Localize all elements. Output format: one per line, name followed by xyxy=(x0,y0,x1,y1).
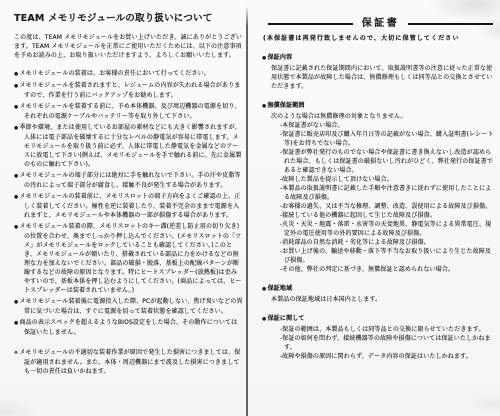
liability-note: ※メモリモジュールの不適切な装着作業が原因で発生した損害につきましては、保証が適… xyxy=(14,348,243,376)
list-item-text: 接続している他の機器に起因して生じた故障及び損傷。 xyxy=(282,212,436,219)
list-item: ●メモリモジュールの端子部分には絶対に手を触れないで下さい。手の汗や皮脂等の汚れ… xyxy=(14,171,243,190)
list-item-text: メモリモジュール装着後に電源投入した際、PCが起動しない、焦げ臭いなどの異常に気… xyxy=(19,298,242,315)
list-item: -火災・天災・地震・落雷・水害等の天変地異、静電気等による異常電圧、規定外の電圧… xyxy=(271,220,497,238)
list-item-text: 保証の範囲は、本製品もしくは同等品との交換に限らせていただきます。 xyxy=(282,326,484,333)
list-item: -本製品の取扱説明書に記載した手順や注意書きに従わずに使用したことによる故障及び… xyxy=(271,184,497,202)
warranty-section: ●保証に関して -保証の範囲は、本製品もしくは同等品との交換に限らせていただきま… xyxy=(262,314,497,361)
list-item: -本保証書がない場合。 xyxy=(271,121,497,130)
warranty-section: ●無償保証範囲 次のような場合は無償修理の対象となりません。 -本保証書がない場… xyxy=(262,101,497,274)
list-item: -保証の如何を問わず、接続機器等の故障や損傷については保証いたしかねます。 xyxy=(271,334,497,352)
list-item: -故障や損傷の原因に関わらず、データ内容の保証はいたしかねます。 xyxy=(271,352,497,361)
instruction-list: ●メモリモジュールの装着は、お客様の責任において行ってください。 ●メモリモジュ… xyxy=(14,69,243,337)
warranty-title: 保証書 xyxy=(362,18,400,29)
section-heading-text: 保証内容 xyxy=(268,54,293,61)
title-rule-left xyxy=(268,23,353,25)
warranty-terms-list: -保証の範囲は、本製品もしくは同等品との交換に限らせていただきます。 -保証の如… xyxy=(262,325,497,361)
list-item: ●メモリモジュールを装着されますと、レジュームの内容が失われる場合がありますので… xyxy=(14,81,243,100)
title-rule-right xyxy=(408,23,493,25)
left-page-title: TEAM メモリモジュールの取り扱いについて xyxy=(14,13,243,25)
list-item-text: その他、弊社の判定に基づき、無償保証と認められない場合。 xyxy=(282,266,454,273)
page-fold-line xyxy=(246,6,248,416)
list-item-text: 季節や環境、または使用しているお部屋の素材などにも大きく影響されますが、人体には… xyxy=(19,124,241,168)
warranty-title-row: 保証書 xyxy=(268,18,493,29)
list-item-text: 火災・天災・地震・落雷・水害等の天変地異、静電気等による異常電圧、規定外の電圧使… xyxy=(282,221,491,237)
list-item-text: 本保証書がない場合。 xyxy=(282,122,344,129)
list-item-text: 故障した製品を提示して頂けない場合。 xyxy=(282,176,393,183)
list-item-text: 本製品の取扱説明書に記載した手順や注意書きに従わずに使用したことによる故障及び損… xyxy=(282,185,491,201)
list-item: -保証書が弊社発行のものでない場合や保証書に書き換えないし改造が認められた場合、… xyxy=(271,148,497,175)
section-heading: ●無償保証範囲 xyxy=(262,101,497,111)
list-item: -消耗部品の自然な消耗・劣化等による故障及び損傷。 xyxy=(271,238,497,247)
list-item-text: 保証書が弊社発行のものでない場合や保証書に書き換えないし改造が認められた場合、も… xyxy=(282,149,493,174)
list-item: ●メモリモジュール装着の際、メモリスロットのキー溝(逆差し防止用の切り欠き)の位… xyxy=(14,222,243,295)
section-heading-text: 保証に関して xyxy=(268,315,305,322)
section-heading-text: 無償保証範囲 xyxy=(268,102,305,109)
list-item-text: 保証書に販売店印及び購入年月日等の記載がない場合、購入証明書(レシート等)をお持… xyxy=(282,131,493,147)
list-item: ●メモリモジュールの装着前に、メモリスロットの端子方向をよくご確認の上、正しく装… xyxy=(14,192,243,220)
list-item-text: 故障や損傷の原因に関わらず、データ内容の保証はいたしかねます。 xyxy=(282,353,472,360)
list-item-text: メモリモジュールを装着されますと、レジュームの内容が失われる場合がありますので、… xyxy=(19,82,240,99)
list-item: -お客様の過失、又は不当な修理、調整、改造、誤使用による故障及び損傷。 xyxy=(271,202,497,211)
intro-paragraph: この度は、TEAM メモリモジュールをお買い上げいただき、誠にありがとうございま… xyxy=(14,33,243,60)
list-item-text: メモリモジュールの装着前に、メモリスロットの端子方向をよくご確認の上、正しく装着… xyxy=(19,193,240,219)
list-item: ●メモリモジュールを装着する前に、予め本体機器、及び周辺機器の電源を切り、それぞ… xyxy=(14,102,243,121)
section-body: 次のような場合は無償修理の対象となりません。 xyxy=(262,112,497,121)
left-page: TEAM メモリモジュールの取り扱いについて この度は、TEAM メモリモジュー… xyxy=(0,0,247,416)
list-item-text: 商品の表示スペックを超えるようなBIOS設定をした場合、その動作については保証い… xyxy=(19,319,237,336)
section-heading-text: 保証地域 xyxy=(268,285,293,292)
section-heading: ●保証内容 xyxy=(262,53,497,63)
warranty-section: ●保証内容 保証書に記載された保証期間内において、取扱説明書等の注意に従った正常… xyxy=(262,53,497,91)
note-text: メモリモジュールの不適切な装着作業が原因で発生した損害につきましては、保証が適用… xyxy=(19,349,240,375)
list-item-text: メモリモジュール装着の際、メモリスロットのキー溝(逆差し防止用の切り欠き)の位置… xyxy=(19,223,241,294)
section-heading: ●保証地域 xyxy=(262,284,497,294)
list-item: -その他、弊社の判定に基づき、無償保証と認められない場合。 xyxy=(271,265,497,274)
list-item: ●商品の表示スペックを超えるようなBIOS設定をした場合、その動作については保証… xyxy=(14,318,243,337)
list-item-text: お買い上げ後の、輸送や移動・落下等不当なお取り扱いにより生じた故障及び損傷。 xyxy=(282,248,491,264)
scanned-leaflet: TEAM メモリモジュールの取り扱いについて この度は、TEAM メモリモジュー… xyxy=(0,0,500,416)
warranty-section: ●保証地域 本製品の保証地域は日本国内とします。 xyxy=(262,284,497,304)
list-item-text: メモリモジュールの端子部分には絶対に手を触れないで下さい。手の汗や皮脂等の汚れに… xyxy=(19,172,240,189)
section-body: 本製品の保証地域は日本国内とします。 xyxy=(262,295,497,304)
list-item-text: 消耗部品の自然な消耗・劣化等による故障及び損傷。 xyxy=(282,239,430,246)
list-item: -故障した製品を提示して頂けない場合。 xyxy=(271,175,497,184)
section-body: 保証書に記載された保証期間内において、取扱説明書等の注意に従った正常な使用状態で… xyxy=(262,64,497,91)
list-item: ●季節や環境、または使用しているお部屋の素材などにも大きく影響されますが、人体に… xyxy=(14,123,243,169)
section-heading: ●保証に関して xyxy=(262,314,497,324)
warranty-subtitle: (本保証書は再発行致しませんので、大切に保管してください xyxy=(263,34,497,43)
list-item-text: メモリモジュールの装着は、お客様の責任において行ってください。 xyxy=(19,70,209,77)
list-item-text: お客様の過失、又は不当な修理、調整、改造、誤使用による故障及び損傷。 xyxy=(282,203,491,210)
list-item: -保証の範囲は、本製品もしくは同等品との交換に限らせていただきます。 xyxy=(271,325,497,334)
list-item: -接続している他の機器に起因して生じた故障及び損傷。 xyxy=(271,211,497,220)
list-item: ●メモリモジュールの装着は、お客様の責任において行ってください。 xyxy=(14,69,243,79)
list-item: -お買い上げ後の、輸送や移動・落下等不当なお取り扱いにより生じた故障及び損傷。 xyxy=(271,247,497,265)
list-item-text: 保証の如何を問わず、接続機器等の故障や損傷については保証いたしかねます。 xyxy=(282,335,491,351)
right-page: 保証書 (本保証書は再発行致しませんので、大切に保管してください ●保証内容 保… xyxy=(250,0,500,416)
list-item: ●メモリモジュール装着後に電源投入した際、PCが起動しない、焦げ臭いなどの異常に… xyxy=(14,297,243,316)
exclusion-list: -本保証書がない場合。 -保証書に販売店印及び購入年月日等の記載がない場合、購入… xyxy=(262,121,497,274)
list-item: -保証書に販売店印及び購入年月日等の記載がない場合、購入証明書(レシート等)をお… xyxy=(271,130,497,148)
list-item-text: メモリモジュールを装着する前に、予め本体機器、及び周辺機器の電源を切り、それぞれ… xyxy=(19,103,240,120)
